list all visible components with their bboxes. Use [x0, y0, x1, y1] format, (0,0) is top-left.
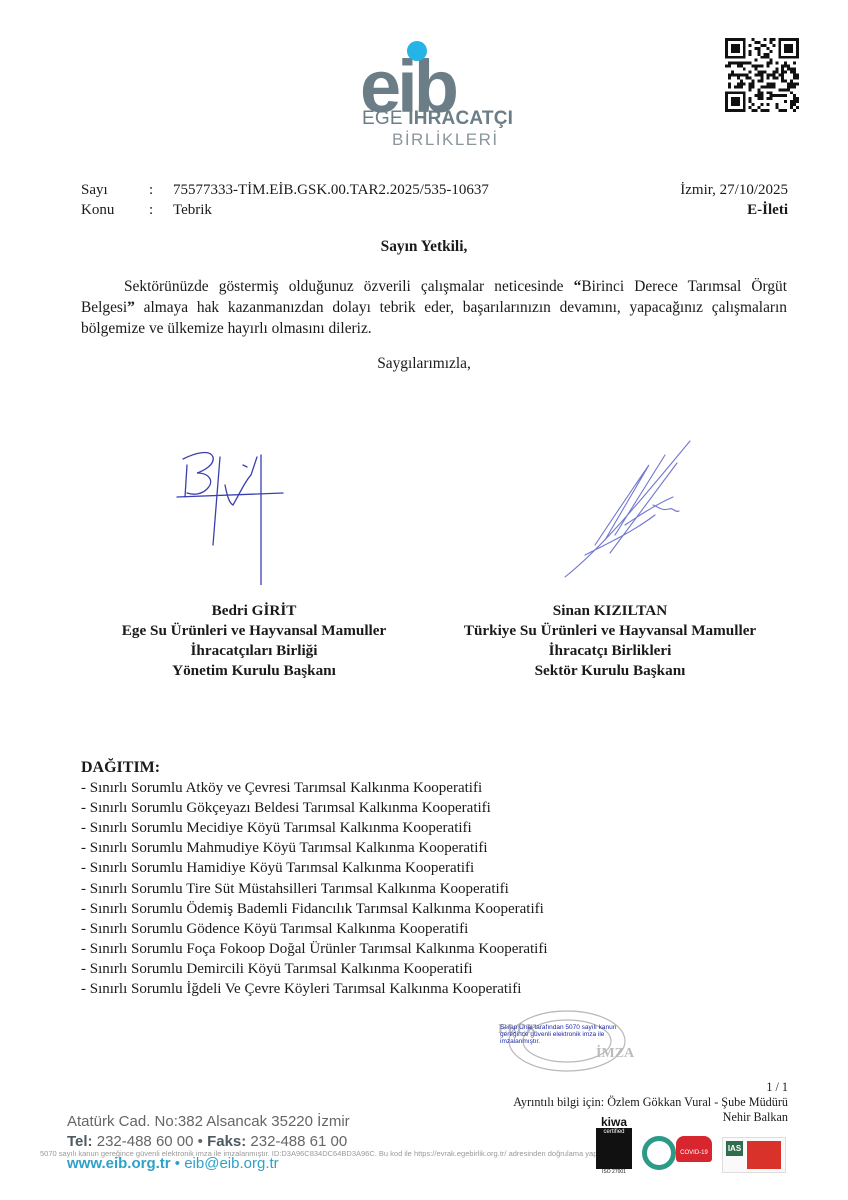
esign-verification-note: 5070 sayılı kanun gereğince güvenli elek… [40, 1149, 619, 1158]
distribution-item: - Sınırlı Sorumlu Hamidiye Köyü Tarımsal… [81, 858, 548, 878]
logo-line1-a: EGE [362, 108, 408, 129]
fax-value: 232-488 61 00 [246, 1133, 347, 1150]
distribution-item: - Sınırlı Sorumlu Tire Süt Müstahsilleri… [81, 879, 548, 899]
trust-seal-icon [642, 1136, 676, 1170]
logo-dot-icon [407, 41, 427, 61]
distribution-item: - Sınırlı Sorumlu Mahmudiye Köyü Tarımsa… [81, 838, 548, 858]
signature-right-icon [555, 435, 695, 585]
signatory-right: Sinan KIZILTAN Türkiye Su Ürünleri ve Ha… [440, 601, 780, 681]
tel-value: 232-488 60 00 • [93, 1133, 208, 1150]
logo-line1-b: İHRACATÇI [408, 108, 513, 129]
qr-code-icon [725, 38, 799, 112]
tel-label: Tel: [67, 1133, 93, 1150]
contact-name: Nehir Balkan [723, 1110, 788, 1124]
body-text: almaya hak kazanmanızdan dolayı tebrik e… [81, 299, 787, 337]
distribution-item: - Sınırlı Sorumlu Gökçeyazı Beldesi Tarı… [81, 798, 548, 818]
footer-phone: Tel: 232-488 60 00 • Faks: 232-488 61 00 [67, 1133, 347, 1150]
fax-label: Faks: [207, 1133, 246, 1150]
signatory-left: Bedri GİRİT Ege Su Ürünleri ve Hayvansal… [84, 601, 424, 681]
covid-safe-badge: COVID-19 [676, 1136, 712, 1162]
kiwa-sub: certified [596, 1128, 632, 1136]
signatory-title: Yönetim Kurulu Başkanı [84, 661, 424, 681]
footer-address: Atatürk Cad. No:382 Alsancak 35220 İzmir [67, 1113, 350, 1130]
distribution-item: - Sınırlı Sorumlu Foça Fokoop Doğal Ürün… [81, 939, 548, 959]
konu-label: Konu [81, 200, 149, 221]
kiwa-iso: ISO 27001 [596, 1169, 632, 1176]
kiwa-title: kiwa [596, 1116, 632, 1128]
logo-line2: BİRLİKLERİ [392, 130, 499, 150]
distribution-title: DAĞITIM: [81, 758, 548, 778]
reference-number-row: Sayı:75577333-TİM.EİB.GSK.00.TAR2.2025/5… [81, 180, 489, 201]
sayi-label: Sayı [81, 180, 149, 201]
signatory-name: Sinan KIZILTAN [440, 601, 780, 621]
distribution-item: - Sınırlı Sorumlu Atköy ve Çevresi Tarım… [81, 778, 548, 798]
signatory-title: Sektör Kurulu Başkanı [440, 661, 780, 681]
channel-label: E-İleti [747, 200, 788, 221]
colon: : [149, 180, 173, 201]
distribution-item: - Sınırlı Sorumlu Gödence Köyü Tarımsal … [81, 919, 548, 939]
signatory-org: Türkiye Su Ürünleri ve Hayvansal Mamulle… [440, 621, 780, 641]
distribution-item: - Sınırlı Sorumlu İğdeli Ve Çevre Köyler… [81, 979, 548, 999]
letter-body: Sektörünüzde göstermiş olduğunuz özveril… [81, 276, 787, 339]
closing: Saygılarımızla, [0, 355, 848, 373]
signature-left-icon [175, 445, 295, 585]
svg-text:İMZA: İMZA [596, 1044, 635, 1061]
kiwa-iso-badge: kiwa certified ISO 27001 [596, 1116, 632, 1176]
colon: : [149, 200, 173, 221]
ias-label: IAS [726, 1141, 743, 1156]
signatory-name: Bedri GİRİT [84, 601, 424, 621]
place-date: İzmir, 27/10/2025 [680, 180, 788, 201]
distribution-item: - Sınırlı Sorumlu Mecidiye Köyü Tarımsal… [81, 818, 548, 838]
stamp-text: Serap Ünal tarafından 5070 sayılı kanun … [500, 1024, 620, 1045]
signatory-org: İhracatçı Birlikleri [440, 641, 780, 661]
logo-line1: EGE İHRACATÇI [362, 108, 513, 130]
body-text: Sektörünüzde göstermiş olduğunuz özveril… [124, 278, 574, 295]
quote-close: ” [127, 299, 135, 316]
sayi-value: 75577333-TİM.EİB.GSK.00.TAR2.2025/535-10… [173, 182, 489, 198]
eib-logo: eib EGE İHRACATÇI BİRLİKLERİ [340, 38, 520, 158]
konu-value: Tebrik [173, 202, 212, 218]
distribution-item: - Sınırlı Sorumlu Demircili Köyü Tarımsa… [81, 959, 548, 979]
page-number: 1 / 1 [766, 1080, 788, 1094]
accreditation-logo-icon [747, 1141, 781, 1169]
subject-row: Konu:Tebrik [81, 200, 212, 221]
contact-line: Ayrıntılı bilgi için: Özlem Gökkan Vural… [513, 1095, 788, 1109]
distribution-list: DAĞITIM: - Sınırlı Sorumlu Atköy ve Çevr… [81, 758, 548, 999]
signatory-org: Ege Su Ürünleri ve Hayvansal Mamuller [84, 621, 424, 641]
signatory-org: İhracatçıları Birliği [84, 641, 424, 661]
ias-accreditation-badge: IAS [722, 1137, 786, 1173]
distribution-item: - Sınırlı Sorumlu Ödemiş Bademli Fidancı… [81, 899, 548, 919]
salutation: Sayın Yetkili, [0, 238, 848, 256]
